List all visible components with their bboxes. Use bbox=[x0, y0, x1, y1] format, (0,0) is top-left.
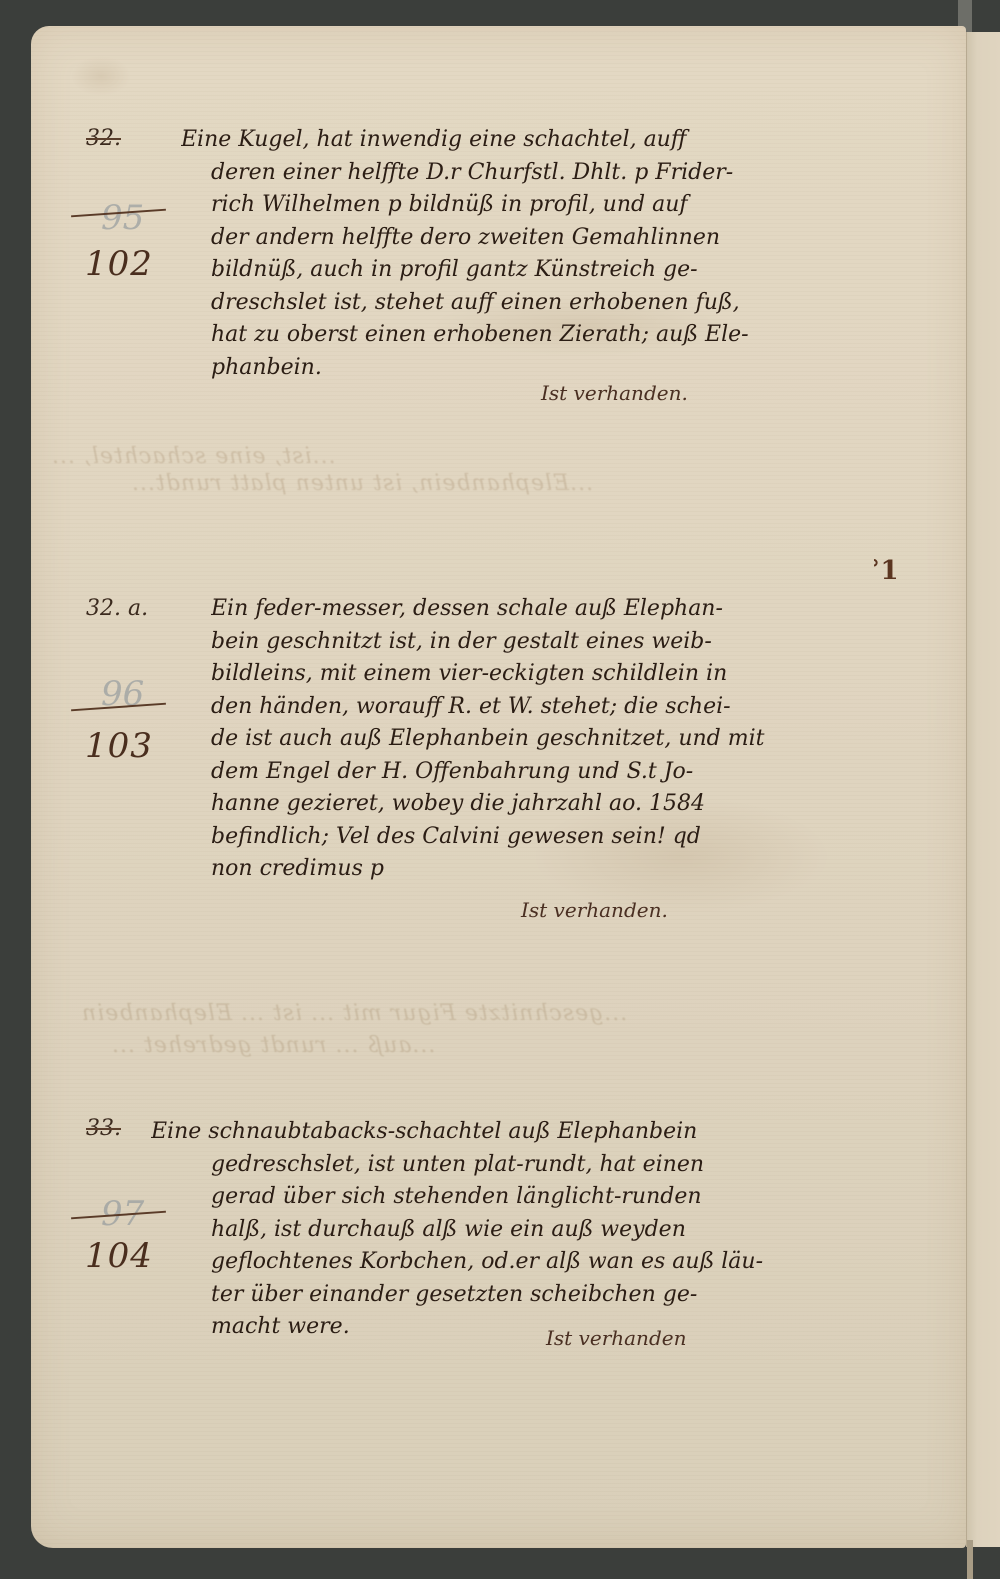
text-line: bildleins, mit einem vier-eckigten schil… bbox=[211, 658, 966, 691]
text-line: bildnüß, auch in profil gantz Künstreich… bbox=[211, 254, 966, 287]
new-entry-number: 103 bbox=[85, 726, 153, 766]
entry-text: Eine schnaubtabacks-schachtel auß Elepha… bbox=[211, 1116, 966, 1344]
text-line: de ist auch auß Elephanbein geschnitzet,… bbox=[211, 723, 966, 756]
text-line: halß, ist durchauß alß wie ein auß weyde… bbox=[211, 1214, 966, 1247]
text-line: geflochtenes Korbchen, od.er alß wan es … bbox=[211, 1246, 966, 1279]
new-entry-number: 102 bbox=[85, 244, 153, 284]
text-line: Ein feder-messer, dessen schale auß Elep… bbox=[211, 593, 966, 626]
text-line: den händen, worauff R. et W. stehet; die… bbox=[211, 691, 966, 724]
text-line: rich Wilhelmen p bildnüß in profil, und … bbox=[211, 189, 966, 222]
ink-mark: ʾ1 bbox=[871, 556, 899, 586]
text-line: dem Engel der H. Offenbahrung und S.t Jo… bbox=[211, 756, 966, 789]
text-line: deren einer helffte D.r Churfstl. Dhlt. … bbox=[211, 157, 966, 190]
paper-stain bbox=[71, 56, 131, 96]
text-line: hat zu oberst einen erhobenen Zierath; a… bbox=[211, 319, 966, 352]
text-line: befindlich; Vel des Calvini gewesen sein… bbox=[211, 821, 966, 854]
status-note: Ist verhanden bbox=[546, 1326, 686, 1350]
manuscript-page: ...ist, eine schachtel, ... ...Elephanbe… bbox=[31, 26, 966, 1548]
text-line: gerad über sich stehenden länglicht-rund… bbox=[211, 1181, 966, 1214]
bleed-through-text: ...auß ... rundt gedrehet ... bbox=[111, 1033, 435, 1058]
bleed-through-text: ...ist, eine schachtel, ... bbox=[51, 444, 336, 469]
bleed-through-text: ...geschnitzte Figur mit ... ist ... Ele… bbox=[81, 1001, 627, 1026]
entry-text: Ein feder-messer, dessen schale auß Elep… bbox=[211, 593, 966, 886]
status-note: Ist verhanden. bbox=[521, 898, 668, 922]
old-entry-number: 32. a. bbox=[86, 596, 148, 621]
text-line: der andern helffte dero zweiten Gemahlin… bbox=[211, 222, 966, 255]
text-line: gedreschslet, ist unten plat-rundt, hat … bbox=[211, 1149, 966, 1182]
old-entry-number: 32. bbox=[86, 126, 121, 151]
binding-strip-bottom bbox=[967, 1540, 973, 1579]
status-note: Ist verhanden. bbox=[541, 381, 688, 405]
text-line: ter über einander gesetzten scheibchen g… bbox=[211, 1279, 966, 1312]
text-line: non credimus p bbox=[211, 853, 966, 886]
text-line: Eine Kugel, hat inwendig eine schachtel,… bbox=[181, 124, 966, 157]
adjacent-page-edge bbox=[966, 32, 1000, 1547]
text-line: phanbein. bbox=[211, 352, 966, 385]
text-line: hanne gezieret, wobey die jahrzahl ao. 1… bbox=[211, 788, 966, 821]
text-line: dreschslet ist, stehet auff einen erhobe… bbox=[211, 287, 966, 320]
text-line: Eine schnaubtabacks-schachtel auß Elepha… bbox=[151, 1116, 966, 1149]
old-entry-number: 33. bbox=[86, 1116, 121, 1141]
entry-text: Eine Kugel, hat inwendig eine schachtel,… bbox=[211, 124, 966, 384]
text-line: bein geschnitzt ist, in der gestalt eine… bbox=[211, 626, 966, 659]
new-entry-number: 104 bbox=[85, 1236, 153, 1276]
pencil-entry-number: 95 bbox=[101, 198, 144, 238]
bleed-through-text: ...Elephanbein, ist unten platt rundt... bbox=[131, 471, 593, 496]
